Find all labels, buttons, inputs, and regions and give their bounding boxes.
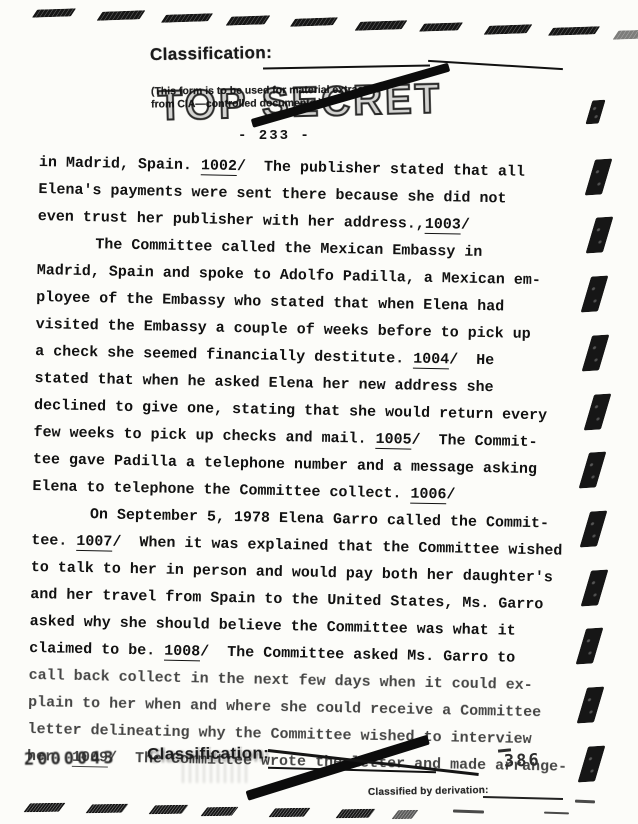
punch-hole-mark — [391, 810, 418, 819]
punch-hole-mark — [225, 15, 270, 25]
punch-hole-mark — [96, 11, 145, 21]
punch-hole-mark — [612, 29, 638, 39]
body-text-segment: in Madrid, Spain. — [39, 154, 201, 174]
footnote-reference: 1003 — [425, 216, 461, 235]
footnote-reference: 1004 — [413, 351, 449, 370]
punch-hole-mark — [483, 24, 532, 34]
classification-label-bottom: Classification: — [147, 743, 269, 764]
punch-hole-mark — [453, 809, 484, 813]
body-text-segment: a check she seemed financially destitute… — [35, 343, 413, 368]
classified-by-blank-line — [483, 796, 563, 800]
punch-hole-mark — [580, 569, 608, 606]
footnote-reference: 1005 — [375, 431, 411, 450]
punch-hole-mark — [290, 17, 338, 26]
document-body-text: in Madrid, Spain. 1002/ The publisher st… — [27, 149, 591, 781]
punch-hole-mark — [161, 13, 213, 23]
page-number: - 233 - — [238, 128, 311, 144]
body-text-segment: few weeks to pick up checks and mail. — [33, 424, 375, 448]
punch-hole-mark — [335, 809, 375, 819]
punch-hole-mark — [354, 20, 407, 31]
body-text-segment: The Committee called the Mexican Embassy… — [95, 236, 482, 261]
body-text-segment: / The Commit- — [411, 432, 537, 452]
scanned-document-page: Classification: (This form is to be used… — [0, 0, 638, 824]
classification-blank-line — [263, 65, 430, 70]
body-text-segment: On September 5, 1978 Elena Garro called … — [90, 506, 549, 532]
body-text-segment: even trust her publisher with her addres… — [38, 208, 425, 233]
footnote-reference: 1007 — [76, 533, 112, 552]
record-stamp-number: 2000043 — [24, 748, 117, 770]
punch-hole-mark — [578, 745, 606, 782]
punch-hole-mark — [419, 22, 463, 31]
punch-hole-mark — [586, 217, 614, 254]
punch-hole-mark — [23, 803, 65, 813]
stamp-smudge — [182, 763, 248, 783]
footnote-reference: 1002 — [201, 157, 237, 176]
punch-hole-mark — [583, 393, 611, 430]
footnote-reference: 1006 — [410, 486, 446, 505]
punch-hole-mark — [32, 8, 76, 17]
classified-by-derivation-label: Classified by derivation: — [368, 785, 489, 798]
footnote-reference: 1008 — [164, 643, 200, 662]
body-text-segment: / When it was explained that the Committ… — [112, 534, 562, 560]
punch-hole-mark — [200, 806, 238, 816]
punch-hole-mark — [544, 812, 569, 815]
punch-hole-mark — [577, 686, 605, 723]
body-text-segment: tee. — [31, 532, 76, 550]
punch-hole-mark — [548, 27, 600, 37]
body-text-segment: / — [446, 486, 455, 503]
body-text-segment: / The Committee asked Ms. Garro to — [200, 643, 515, 666]
body-text-segment: / The publisher stated that all — [237, 158, 525, 181]
body-text-segment: claimed to be. — [29, 640, 164, 660]
punch-hole-mark — [85, 804, 128, 814]
body-text-segment: stated that when he asked Elena her new … — [34, 370, 493, 396]
body-text-segment: / He — [449, 351, 494, 369]
body-text-segment: Elena to telephone the Committee collect… — [32, 478, 410, 503]
punch-hole-mark — [268, 807, 310, 817]
classification-label-top: Classification: — [150, 43, 273, 65]
body-text-segment: / — [461, 217, 470, 234]
punch-hole-mark — [575, 800, 595, 804]
page-stamp-number: 386 — [504, 750, 541, 771]
punch-hole-mark — [148, 805, 188, 815]
punch-hole-mark — [585, 100, 605, 125]
